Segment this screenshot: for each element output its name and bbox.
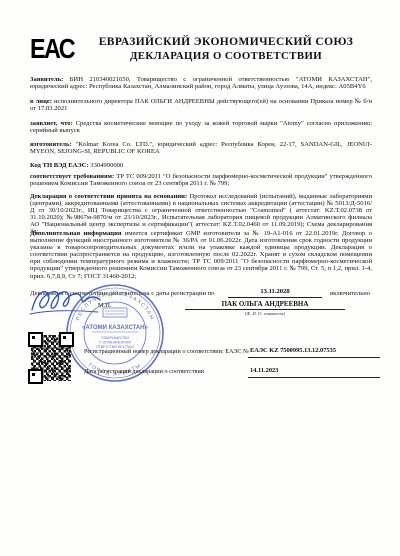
field-applicant: Заявитель: БИН 210340021650, Товариществ… (30, 76, 372, 90)
qr-finder-top-right (59, 332, 74, 347)
field-additional-info-text: имеется сертификат GMP изготовителя за №… (30, 230, 372, 280)
eac-logo: ЕАС (30, 34, 74, 65)
validity-date-line (228, 297, 322, 298)
registration-date-value: 14.11.2023 (250, 367, 278, 374)
field-manufacturer-label: изготовитель: (30, 141, 72, 148)
qr-finder-top-left (28, 332, 43, 347)
field-declares: заявляет, что: Средства косметические мо… (30, 120, 372, 134)
validity-suffix: включительно (330, 290, 370, 297)
title-union: ЕВРАЗИЙСКИЙ ЭКОНОМИЧЕСКИЙ СОЮЗ (78, 36, 374, 48)
field-requirements-label: соответствует требованиям: (30, 173, 114, 180)
validity-date: 13.11.2028 (228, 288, 322, 295)
stamp-org-name: «АТОМИ КАЗАХСТАН» (82, 325, 149, 331)
document-title: ЕВРАЗИЙСКИЙ ЭКОНОМИЧЕСКИЙ СОЮЗ ДЕКЛАРАЦИ… (78, 36, 374, 62)
field-basis-label: Декларация о соответствии принята на осн… (30, 193, 187, 200)
signatory-caption: (Ф. И. О. заявителя) (185, 311, 345, 316)
field-additional-info-label: Дополнительная информация (30, 230, 121, 237)
stamp-line2: С ОГРАНИЧЕННОЙ (99, 341, 131, 345)
registration-number-value: ЕАЭС KZ 7500995.13.12.07535 (250, 347, 336, 354)
field-representative-text: исполнительного директора ПАК ОЛЬГИ АНДР… (30, 98, 372, 112)
field-manufacturer: изготовитель: "Kolmar Korea Co. LTD.", ю… (30, 141, 372, 155)
signatory-line (185, 309, 345, 310)
qr-finder-bottom-left (28, 369, 43, 384)
signatory-name: ПАК ОЛЬГА АНДРЕЕВНА (185, 300, 345, 308)
registration-number-line (248, 357, 380, 358)
declaration-document: ЕАС ЕВРАЗИЙСКИЙ ЭКОНОМИЧЕСКИЙ СОЮЗ ДЕКЛА… (0, 0, 400, 556)
registration-date-line (248, 377, 380, 378)
registration-number-label: Регистрационный номер декларации о соотв… (84, 348, 249, 355)
field-manufacturer-text: "Kolmar Korea Co. LTD.", юридический адр… (30, 141, 372, 155)
field-additional-info: Дополнительная информация имеется сертиф… (30, 230, 372, 280)
field-representative-label: в лице: (30, 98, 52, 105)
qr-code (28, 332, 74, 384)
stamp-line1: ТОВАРИЩЕСТВО (101, 336, 130, 340)
field-tnved-text: 3304990000 (89, 162, 124, 169)
title-declaration: ДЕКЛАРАЦИЯ О СООТВЕТСТВИИ (78, 50, 374, 62)
field-applicant-label: Заявитель: (30, 76, 63, 83)
field-tnved-code: Код ТН ВЭД ЕАЭС: 3304990000 (30, 162, 372, 169)
field-representative: в лице: исполнительного директора ПАК ОЛ… (30, 98, 372, 112)
field-tnved-label: Код ТН ВЭД ЕАЭС: (30, 162, 89, 169)
field-applicant-text: БИН 210340021650, Товарищество с огранич… (30, 76, 372, 90)
field-requirements: соответствует требованиям: ТР ТС 009/201… (30, 173, 372, 187)
field-declares-text: Средства косметические моющие по уходу з… (30, 120, 372, 134)
registration-date-label: Дата регистрации декларации о соответств… (84, 368, 204, 375)
field-declares-label: заявляет, что: (30, 120, 73, 127)
